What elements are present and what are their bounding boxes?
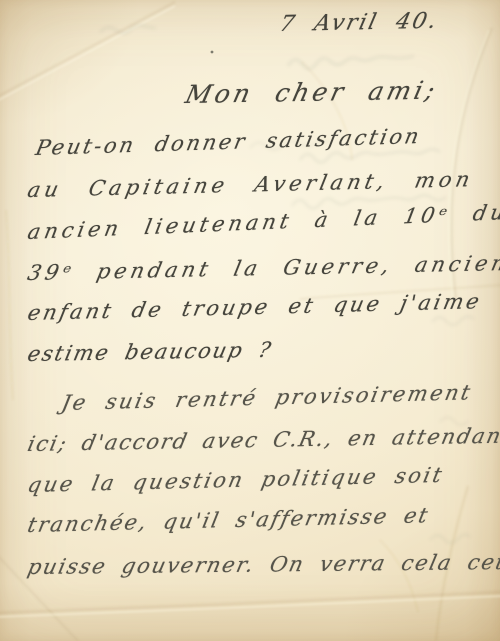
letter-photo: 7 Avril 40. Mon cher ami; Peut-on donner…: [0, 0, 500, 641]
letter-salutation: Mon cher ami;: [183, 76, 442, 109]
letter-line: puisse gouverner. On verra cela cette: [25, 550, 500, 579]
letter-line: estime beaucoup ?: [25, 338, 274, 366]
letter-date: 7 Avril 40.: [277, 9, 441, 37]
